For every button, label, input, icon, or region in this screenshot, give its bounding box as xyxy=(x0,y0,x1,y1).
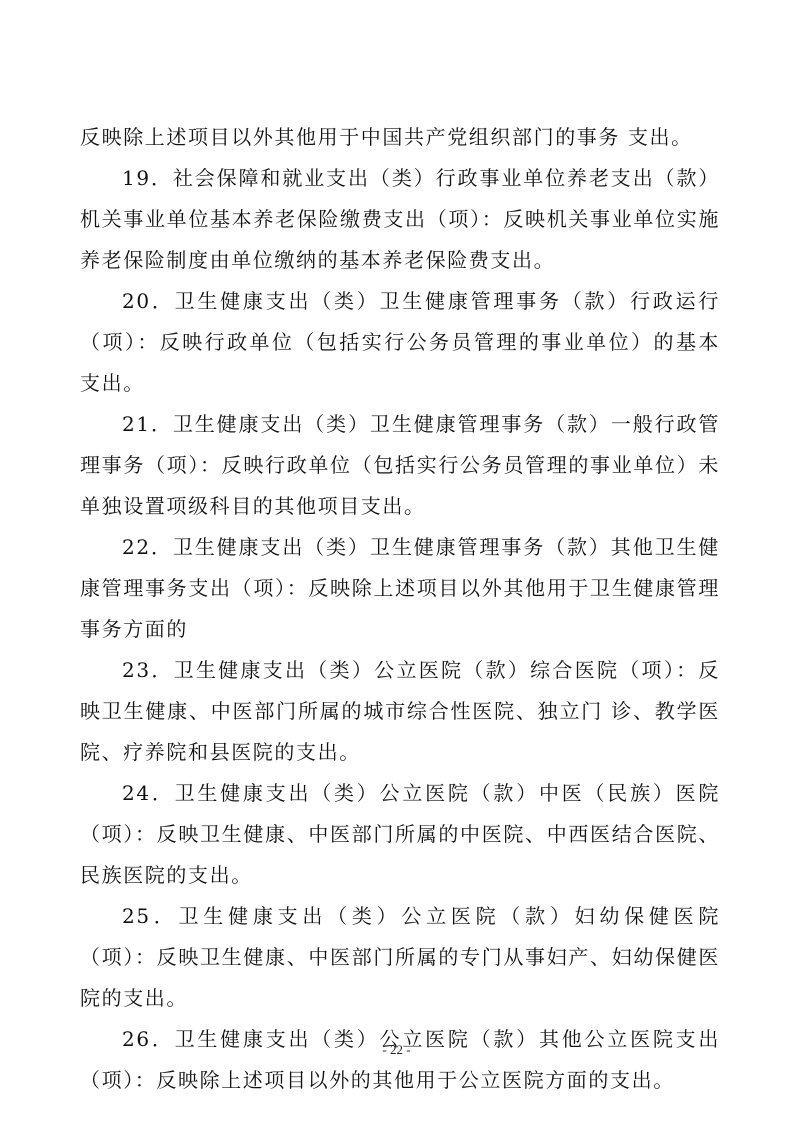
paragraph-item-20: 20．卫生健康支出（类）卫生健康管理事务（款）行政运行（项）：反映行政单位（包括… xyxy=(80,281,720,404)
paragraph-item-25: 25．卫生健康支出（类）公立医院（款）妇幼保健医院（项）：反映卫生健康、中医部门… xyxy=(80,896,720,1019)
paragraph-item-23: 23．卫生健康支出（类）公立医院（款）综合医院（项）：反映卫生健康、中医部门所属… xyxy=(80,650,720,773)
paragraph-item-26: 26．卫生健康支出（类）公立医院（款）其他公立医院支出（项）：反映除上述项目以外… xyxy=(80,1019,720,1101)
paragraph-item-21: 21．卫生健康支出（类）卫生健康管理事务（款）一般行政管理事务（项）：反映行政单… xyxy=(80,404,720,527)
paragraph-item-22: 22．卫生健康支出（类）卫生健康管理事务（款）其他卫生健康管理事务支出（项）：反… xyxy=(80,527,720,650)
page-number: - 22 - xyxy=(0,1042,793,1058)
paragraph-item-24: 24．卫生健康支出（类）公立医院（款）中医（民族）医院（项）：反映卫生健康、中医… xyxy=(80,773,720,896)
paragraph-continuation: 反映除上述项目以外其他用于中国共产党组织部门的事务 支出。 xyxy=(80,117,720,158)
document-body: 反映除上述项目以外其他用于中国共产党组织部门的事务 支出。 19．社会保障和就业… xyxy=(80,117,720,1101)
paragraph-item-19: 19．社会保障和就业支出（类）行政事业单位养老支出（款）机关事业单位基本养老保险… xyxy=(80,158,720,281)
